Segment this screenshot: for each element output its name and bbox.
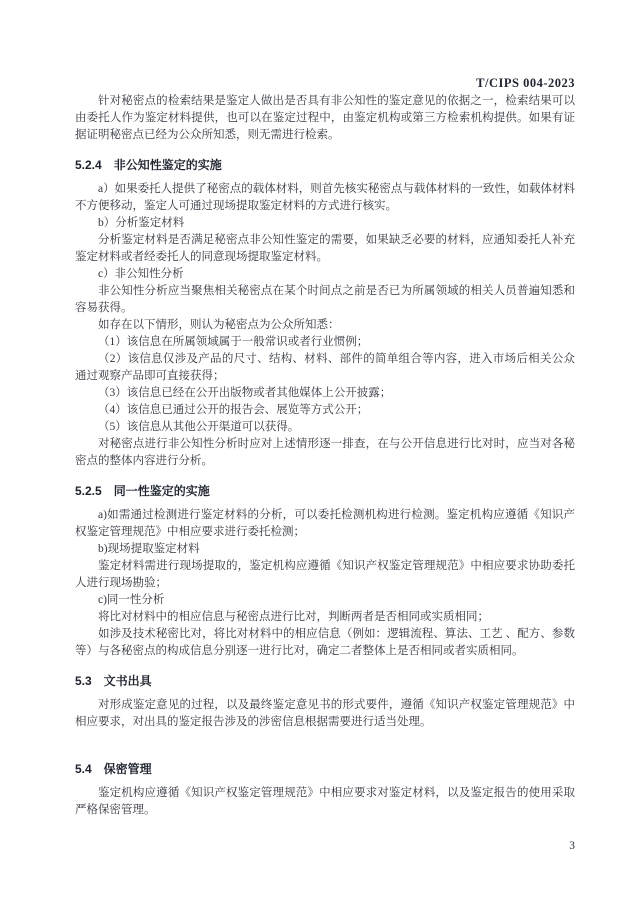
list-item-3: （3）该信息已经在公开出版物或者其他媒体上公开披露；	[75, 385, 575, 402]
paragraph-item-b2: b)现场提取鉴定材料	[75, 541, 575, 558]
paragraph-analysis-note: 对秘密点进行非公知性分析时应对上述情形逐一排查，在与公开信息进行比对时，应当对各…	[75, 436, 575, 470]
list-item-2: （2）该信息仅涉及产品的尺寸、结构、材料、部件的简单组合等内容，进入市场后相关公…	[75, 351, 575, 385]
section-heading-5-3: 5.3 文书出具	[75, 673, 575, 690]
section-heading-5-2-5: 5.2.5 同一性鉴定的实施	[75, 483, 575, 500]
list-item-5: （5）该信息从其他公开渠道可以获得。	[75, 419, 575, 436]
paragraph-item-a: a）如果委托人提供了秘密点的载体材料，则首先核实秘密点与载体材料的一致性，如载体…	[75, 181, 575, 215]
paragraph-item-c-detail: 非公知性分析应当聚焦相关秘密点在某个时间点之前是否已为所属领域的相关人员普遍知悉…	[75, 283, 575, 317]
paragraph-document-issue: 对形成鉴定意见的过程，以及最终鉴定意见书的形式要件，遵循《知识产权鉴定管理规范》…	[75, 697, 575, 731]
paragraph-confidentiality: 鉴定机构应遵循《知识产权鉴定管理规范》中相应要求对鉴定材料，以及鉴定报告的使用采…	[75, 785, 575, 819]
document-body: 针对秘密点的检索结果是鉴定人做出是否具有非公知性的鉴定意见的依据之一，检索结果可…	[75, 93, 575, 819]
paragraph-tech-secret-compare: 如涉及技术秘密比对，将比对材料中的相应信息（例如：逻辑流程、算法、工艺 、配方、…	[75, 626, 575, 660]
paragraph-item-c: c）非公知性分析	[75, 266, 575, 283]
document-page: T/CIPS 004-2023 针对秘密点的检索结果是鉴定人做出是否具有非公知性…	[0, 0, 636, 900]
paragraph-item-c2: c)同一性分析	[75, 592, 575, 609]
section-heading-5-4: 5.4 保密管理	[75, 761, 575, 778]
list-item-4: （4）该信息已通过公开的报告会、展览等方式公开；	[75, 402, 575, 419]
paragraph-conditions-lead: 如存在以下情形，则认为秘密点为公众所知悉：	[75, 317, 575, 334]
paragraph-intro: 针对秘密点的检索结果是鉴定人做出是否具有非公知性的鉴定意见的依据之一，检索结果可…	[75, 93, 575, 144]
paragraph-item-b-detail: 分析鉴定材料是否满足秘密点非公知性鉴定的需要，如果缺乏必要的材料，应通知委托人补…	[75, 232, 575, 266]
list-item-1: （1）该信息在所属领域属于一般常识或者行业惯例；	[75, 334, 575, 351]
document-code-header: T/CIPS 004-2023	[75, 76, 575, 91]
paragraph-item-b: b）分析鉴定材料	[75, 215, 575, 232]
page-number: 3	[75, 840, 575, 852]
paragraph-item-b2-detail: 鉴定材料需进行现场提取的，鉴定机构应遵循《知识产权鉴定管理规范》中相应要求协助委…	[75, 558, 575, 592]
section-heading-5-2-4: 5.2.4 非公知性鉴定的实施	[75, 157, 575, 174]
paragraph-item-c2-detail: 将比对材料中的相应信息与秘密点进行比对，判断两者是否相同或实质相同；	[75, 609, 575, 626]
paragraph-item-a2: a)如需通过检测进行鉴定材料的分析，可以委托检测机构进行检测。鉴定机构应遵循《知…	[75, 507, 575, 541]
